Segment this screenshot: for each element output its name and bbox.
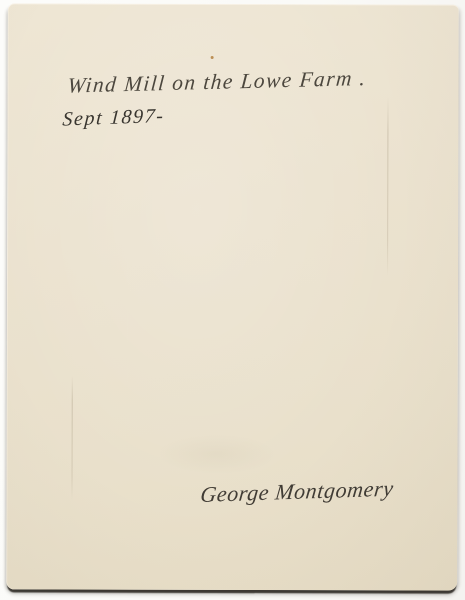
photo-verso-card: Wind Mill on the Lowe Farm . Sept 1897- … xyxy=(6,3,459,590)
crease-line-right xyxy=(387,96,388,276)
handwritten-signature: George Montgomery xyxy=(199,476,395,508)
handwritten-date: Sept 1897- xyxy=(62,105,166,132)
scanner-background: Wind Mill on the Lowe Farm . Sept 1897- … xyxy=(0,0,465,600)
paper-smudge xyxy=(157,434,277,474)
foxing-speck xyxy=(211,56,214,59)
handwritten-caption: Wind Mill on the Lowe Farm . xyxy=(67,66,368,99)
crease-line-left xyxy=(71,376,72,501)
